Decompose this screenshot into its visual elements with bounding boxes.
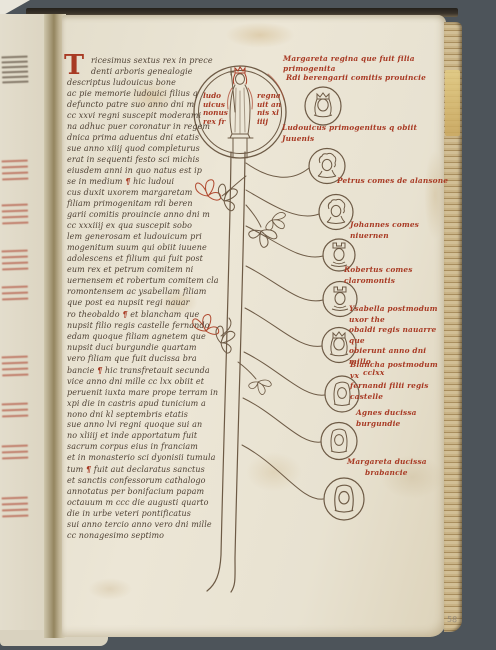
text-line: romontensem ac ysabellam filiam xyxy=(67,287,235,298)
text-line: tum ¶ fuit aut declaratus sanctus xyxy=(67,464,235,476)
text-line: nupsit filio regis castelle fernando xyxy=(67,321,235,332)
caption-line: Blancha postmodum vx xyxy=(350,360,446,381)
text-line: sacrum corpus eius in franciam xyxy=(67,442,235,453)
text-line: filiam primogenitam rdi beren xyxy=(67,199,235,210)
text-line: denti arboris genealogie xyxy=(67,67,235,78)
text-line: cus duxit uxorem margaretam xyxy=(67,188,235,199)
verso-text-fragment xyxy=(1,56,28,87)
folio-number: 58 xyxy=(447,615,458,625)
text-line: no xliiij et inde apportatum fuit xyxy=(67,431,235,442)
king-reign-label: regnauit annis xliiij xyxy=(257,92,289,126)
caption-ludovicus-primogenitus: Ludouicus primogenitus q obiit Juuenis xyxy=(282,123,432,144)
text-line: nono dni kl septembris etatis xyxy=(67,410,235,421)
caption-line: Margareta regina que fuit filia primogen… xyxy=(283,54,449,73)
text-line: sue anno lvi regni quoque sui an xyxy=(67,420,235,431)
text-line: xpi die in castris apud tunicium a xyxy=(67,399,235,410)
text-line: bancie ¶ hic transfretauit secunda xyxy=(67,365,235,377)
text-line: se in medium ¶ hic ludoui xyxy=(67,176,235,188)
text-line: cc nonagesimo septimo xyxy=(67,531,235,542)
text-line: erat in sequenti festo sci michis xyxy=(67,155,235,166)
text-line: uernensem et robertum comitem cla xyxy=(67,276,235,287)
text-line: garii comitis prouincie anno dni m xyxy=(67,210,235,221)
text-line: et sanctis confessorum cathalogo xyxy=(67,476,235,487)
caption-line: Agnes ducissa burgundie xyxy=(356,408,451,429)
manuscript-photo: { "folio_number": "58", "colors": { "bac… xyxy=(0,0,496,650)
text-line: ricesimus sextus rex in prece xyxy=(67,56,235,67)
text-line: annotatus per bonifacium papam xyxy=(67,487,235,498)
caption-line: Margareta ducissa xyxy=(347,457,439,468)
text-line: nupsit duci burgundie quartam xyxy=(67,343,235,354)
caption-line: brabancie xyxy=(347,468,439,479)
caption-petrus: Petrus comes de alansone xyxy=(337,176,449,187)
text-line: die in urbe veteri pontificatus xyxy=(67,509,235,520)
verso-rubric-fragment xyxy=(2,204,29,225)
text-line: edam quoque filiam agnetem que xyxy=(67,332,235,343)
text-line: et in monasterio sci dyonisii tumula xyxy=(67,453,235,464)
text-line: que post ea nupsit regi nauar xyxy=(67,298,235,309)
text-line: vero filiam que fuit ducissa bra xyxy=(67,354,235,365)
main-text-column: ricesimus sextus rex in precedenti arbor… xyxy=(67,56,235,542)
verso-rubric-fragment xyxy=(2,356,29,377)
caption-margareta-brabancie: Margareta ducissabrabancie xyxy=(347,457,439,478)
text-line: octauum m ccc die augusti quarto xyxy=(67,498,235,509)
text-line: adolescens et filium qui fuit post xyxy=(67,254,235,265)
caption-line: obaldi regis nauarre que xyxy=(349,325,449,346)
text-line: descriptus ludouicus bone xyxy=(67,78,235,89)
caption-line: Johannes comes niuernen xyxy=(350,220,450,241)
verso-rubric-fragment xyxy=(2,160,29,183)
text-line: cc xxxiiij ex qua suscepit sobo xyxy=(67,221,235,232)
caption-robertus: Robertus comes claromontis xyxy=(344,265,444,286)
caption-margareta-regina: Margareta regina que fuit filia primogen… xyxy=(283,54,449,83)
text-line: eiusdem anni in quo natus est ip xyxy=(67,166,235,177)
caption-line: castelle xyxy=(350,392,446,403)
caption-line: Ludouicus primogenitus q obiit Juuenis xyxy=(282,123,432,144)
text-line: sue anno xiiij quod completurus xyxy=(67,144,235,155)
caption-line: Petrus comes de alansone xyxy=(337,176,449,187)
caption-johannes: Johannes comes niuernen xyxy=(350,220,450,241)
verso-rubric-fragment xyxy=(2,250,29,275)
verso-rubric-fragment xyxy=(2,445,29,462)
text-line: eum rex et petrum comitem ni xyxy=(67,265,235,276)
caption-blancha: Blancha postmodum vxfernandi filii regis… xyxy=(350,360,446,402)
verso-rubric-fragment xyxy=(2,286,29,303)
text-line: vice anno dni mille cc lxx obiit et xyxy=(67,377,235,388)
left-page-sliver xyxy=(0,14,46,640)
caption-line: Rdi berengarii comitis prouincie xyxy=(283,73,449,83)
caption-line: Ysabella postmodum uxor the xyxy=(349,304,449,325)
text-line: dnica prima aduentus dni etatis xyxy=(67,133,235,144)
verso-rubric-fragment xyxy=(2,497,29,518)
text-line: peruenit iuxta mare prope terram in xyxy=(67,388,235,399)
caption-agnes: Agnes ducissa burgundie xyxy=(356,408,451,429)
caption-line: fernandi filii regis xyxy=(350,381,446,392)
text-line: lem generosam et ludouicum pri xyxy=(67,232,235,243)
text-line: ro theobaldo ¶ et blancham que xyxy=(67,309,235,321)
caption-line: Robertus comes claromontis xyxy=(344,265,444,286)
king-label-line: rex fr xyxy=(203,118,235,127)
text-line: mogenitum suum qui obiit iuuene xyxy=(67,243,235,254)
text-line: sui anno tercio anno vero dni mille xyxy=(67,520,235,531)
king-name-label: ludouicusnonusrex fr xyxy=(203,92,235,126)
verso-rubric-fragment xyxy=(2,403,29,420)
